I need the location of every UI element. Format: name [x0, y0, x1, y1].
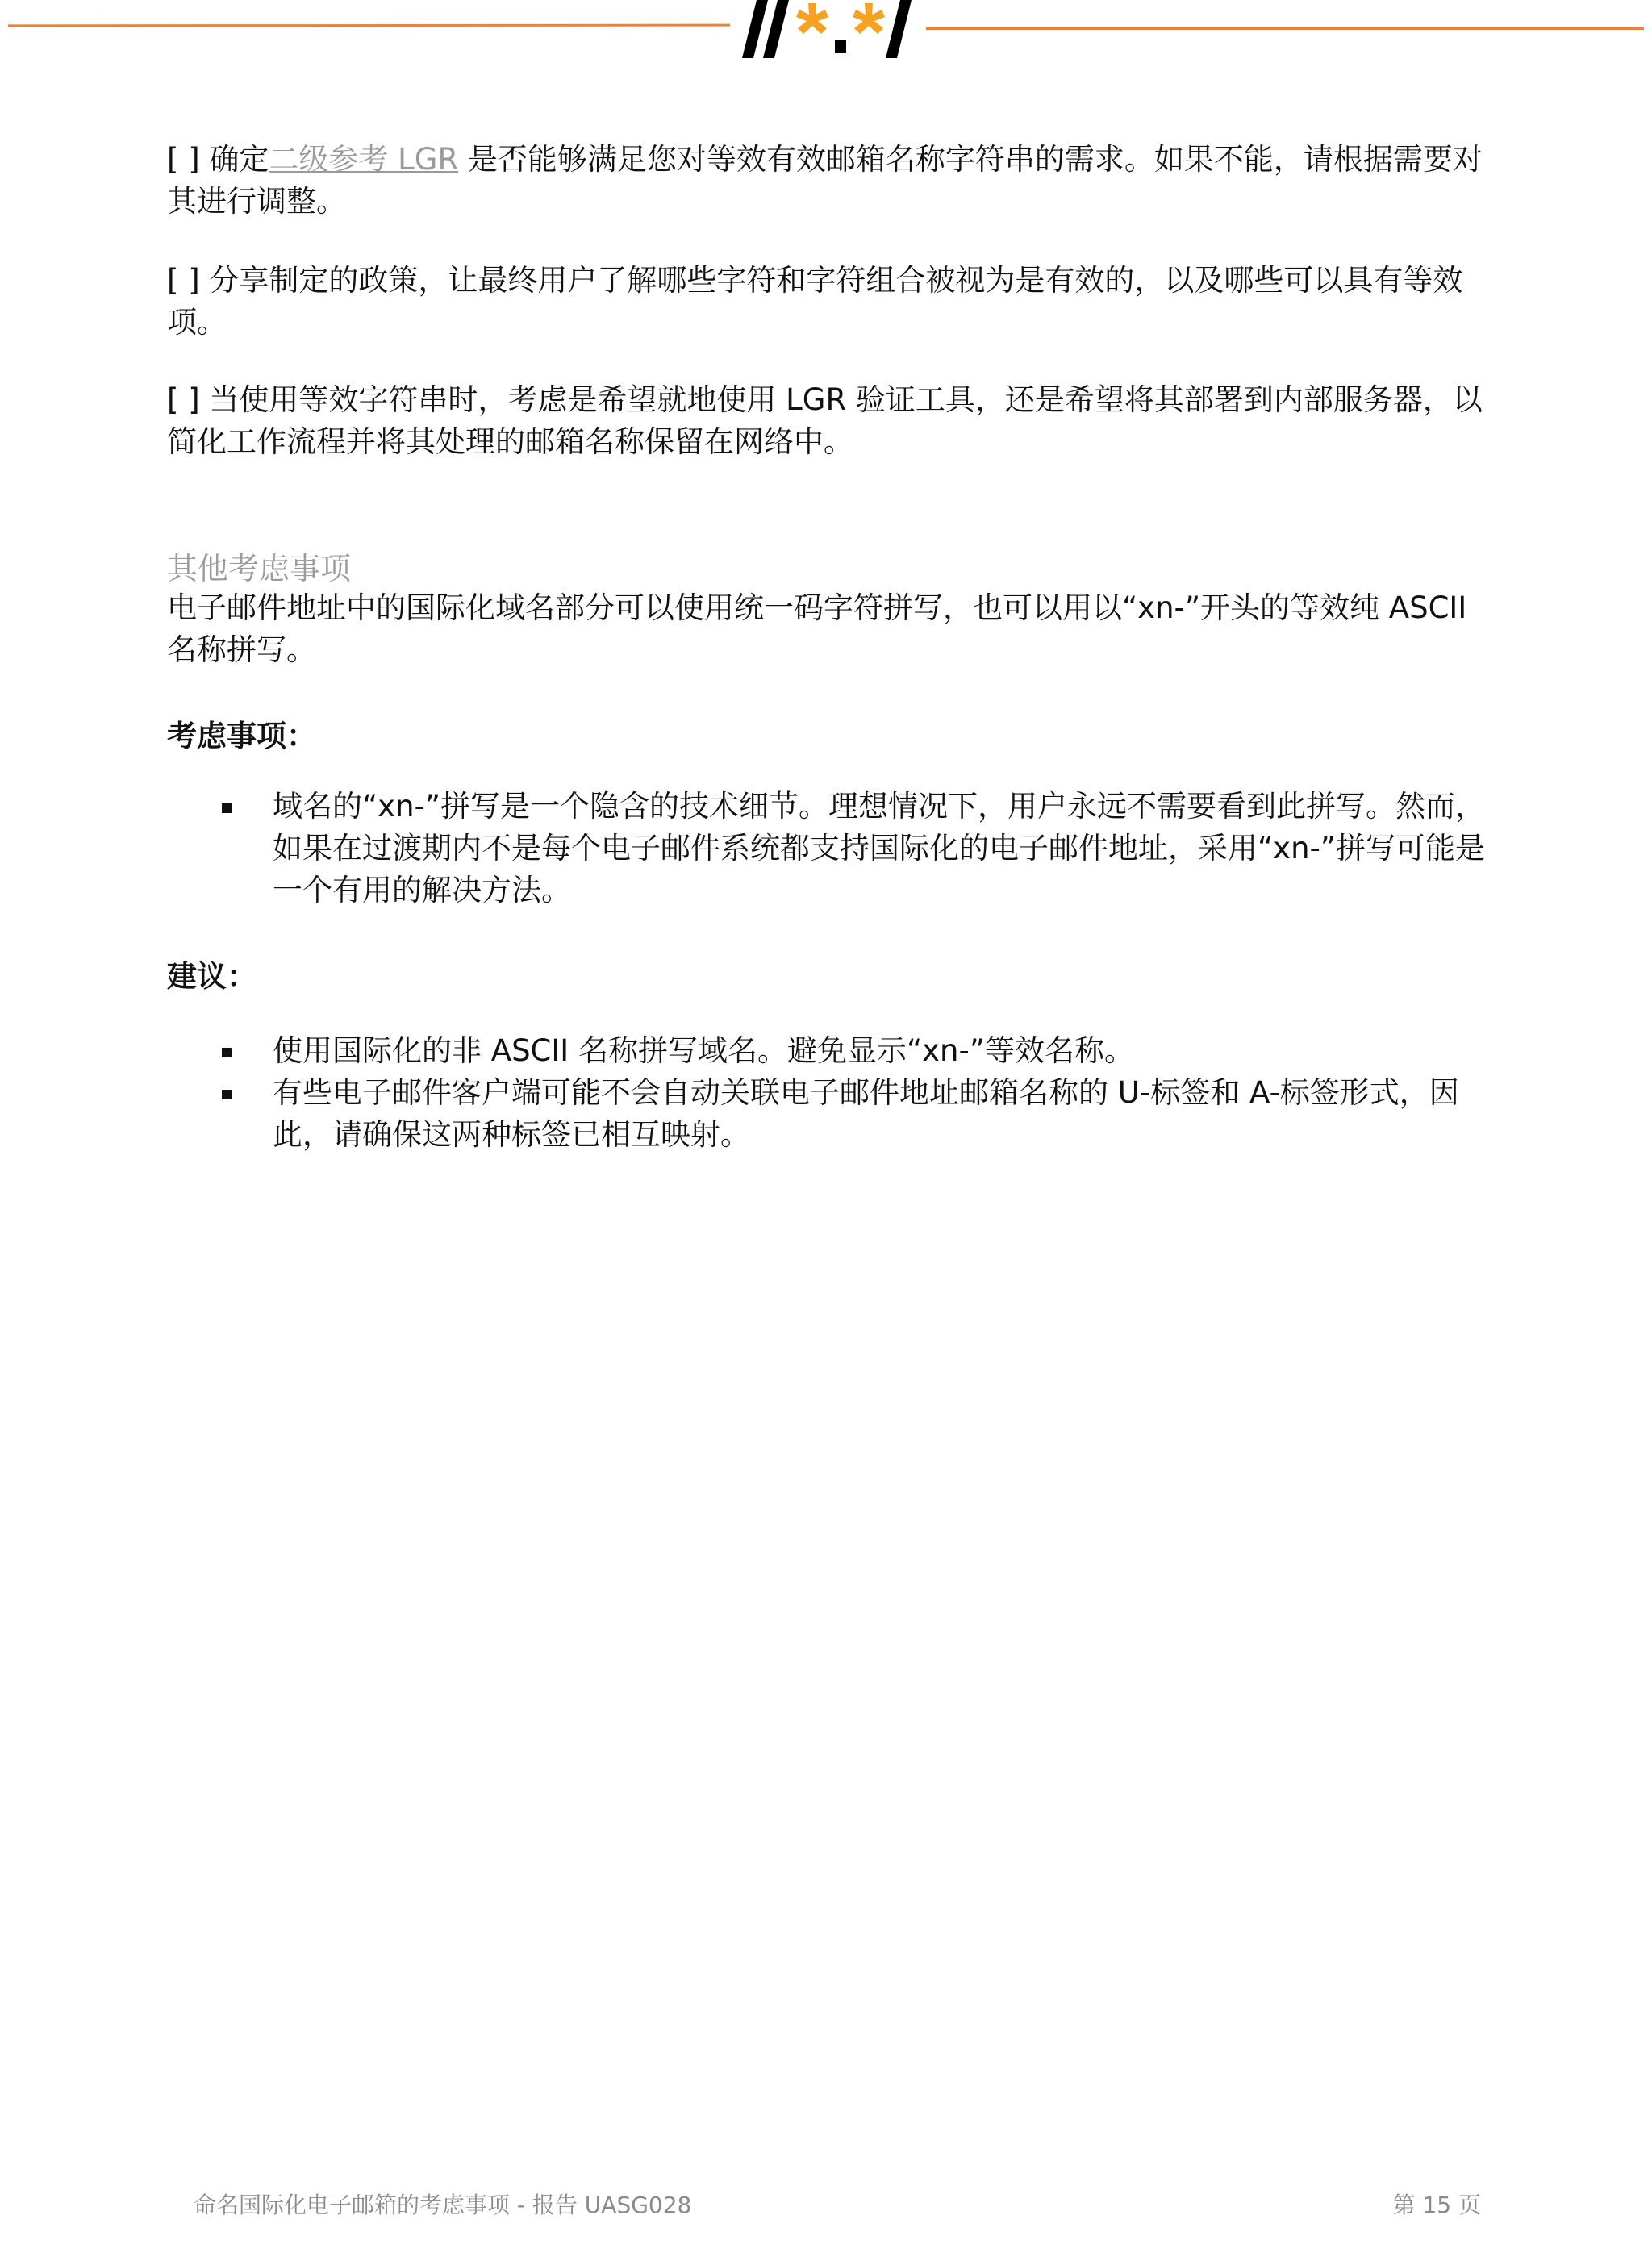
bullet-square-icon	[222, 1090, 232, 1099]
header-rule-right	[926, 27, 1644, 30]
checklist-item-1: [ ] 确定二级参考 LGR 是否能够满足您对等效有效邮箱名称字符串的需求。如果…	[167, 139, 1490, 223]
uasg-logo-icon	[732, 0, 923, 58]
section-heading: 其他考虑事项	[167, 544, 351, 588]
bullet-square-icon	[222, 803, 232, 813]
list-item: 使用国际化的非 ASCII 名称拼写域名。避免显示“xn-”等效名称。	[167, 1030, 1490, 1072]
list-item: 有些电子邮件客户端可能不会自动关联电子邮件地址邮箱名称的 U-标签和 A-标签形…	[167, 1072, 1490, 1156]
bullet-square-icon	[222, 1048, 232, 1057]
checkbox-prefix: [ ]	[167, 382, 209, 417]
checkbox-prefix: [ ]	[167, 263, 209, 298]
footer-document-title: 命名国际化电子邮箱的考虑事项 - 报告 UASG028	[194, 2188, 691, 2220]
recommendations-label: 建议：	[167, 952, 257, 995]
recommendations-list: 使用国际化的非 ASCII 名称拼写域名。避免显示“xn-”等效名称。 有些电子…	[167, 1030, 1490, 1156]
checklist-item-2: [ ] 分享制定的政策，让最终用户了解哪些字符和字符组合被视为是有效的，以及哪些…	[167, 260, 1490, 344]
checklist-item-3: [ ] 当使用等效字符串时，考虑是希望就地使用 LGR 验证工具，还是希望将其部…	[167, 379, 1490, 463]
considerations-list: 域名的“xn-”拼写是一个隐含的技术细节。理想情况下，用户永远不需要看到此拼写。…	[167, 786, 1490, 911]
checklist-text: 当使用等效字符串时，考虑是希望就地使用 LGR 验证工具，还是希望将其部署到内部…	[167, 382, 1483, 459]
section-intro: 电子邮件地址中的国际化域名部分可以使用统一码字符拼写，也可以用以“xn-”开头的…	[167, 587, 1490, 671]
checklist-text: 分享制定的政策，让最终用户了解哪些字符和字符组合被视为是有效的，以及哪些可以具有…	[167, 263, 1462, 340]
considerations-label: 考虑事项：	[167, 711, 316, 755]
checkbox-prefix: [ ] 确定	[167, 142, 269, 177]
secondary-reference-lgr-link[interactable]: 二级参考 LGR	[269, 142, 458, 177]
footer-page-number: 第 15 页	[1393, 2188, 1481, 2220]
header-rule-left	[8, 24, 730, 27]
list-item: 域名的“xn-”拼写是一个隐含的技术细节。理想情况下，用户永远不需要看到此拼写。…	[167, 786, 1490, 911]
